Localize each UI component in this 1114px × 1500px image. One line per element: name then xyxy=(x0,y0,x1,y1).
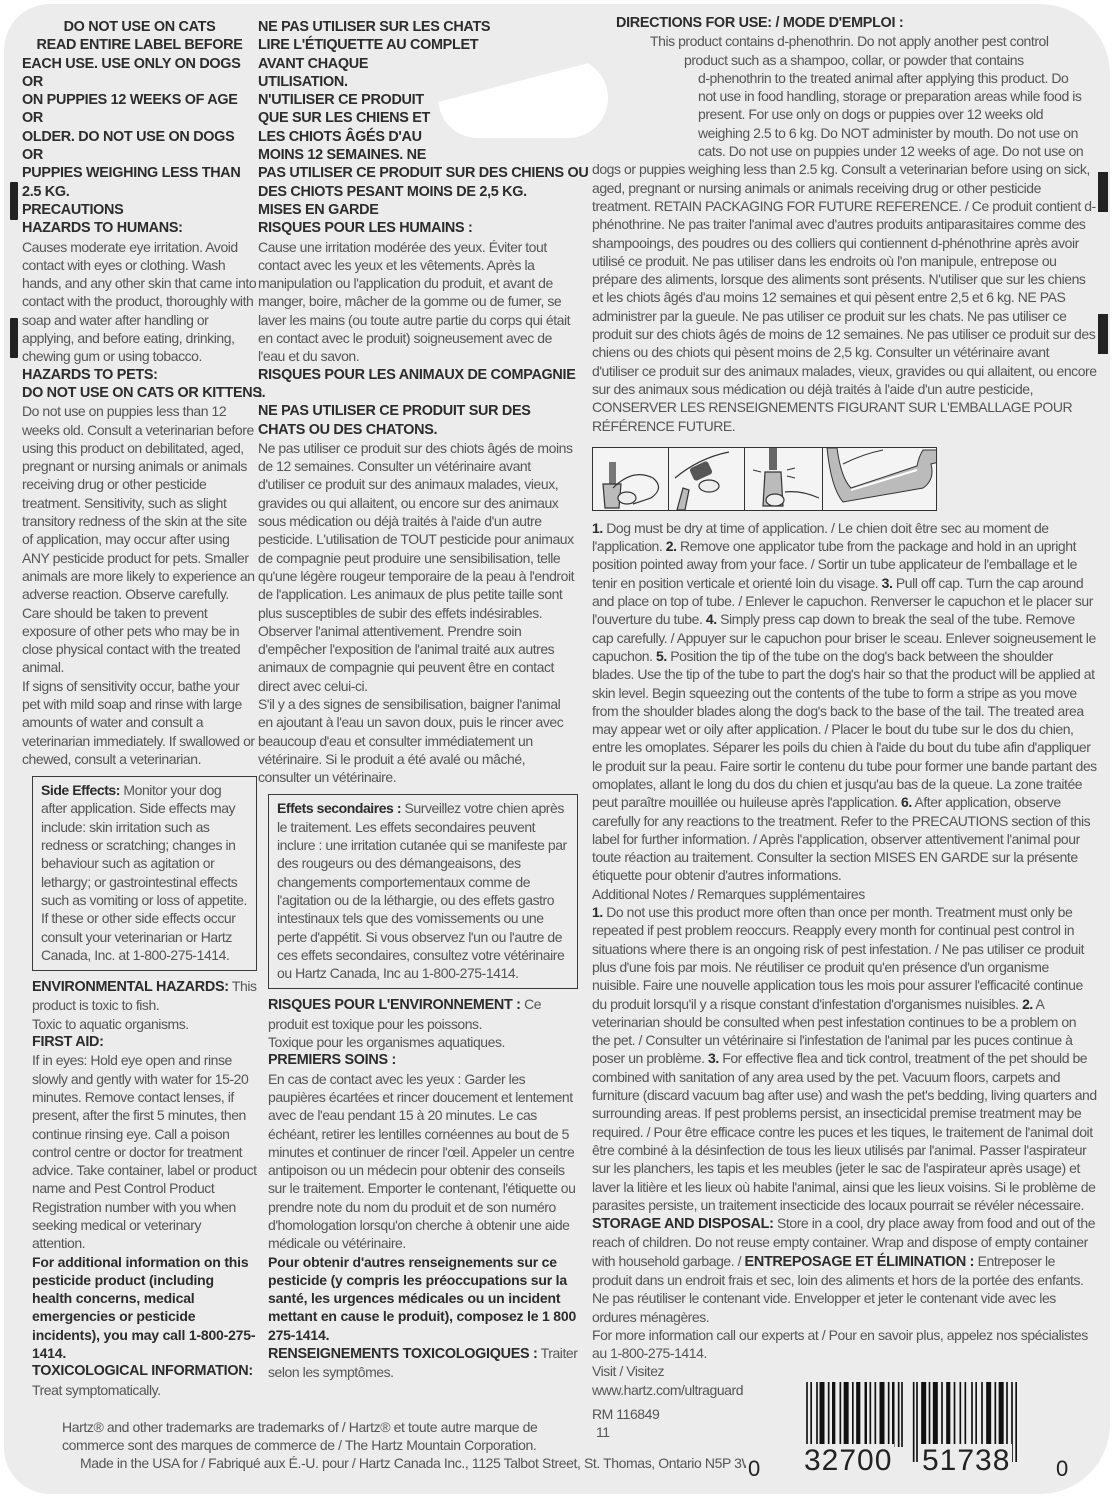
environmental-hazards-heading: ENVIRONMENTAL HAZARDS: xyxy=(32,979,229,995)
header-line: PUPPIES WEIGHING LESS THAN xyxy=(22,164,257,182)
intro-line: cats. Do not use on puppies under 12 wee… xyxy=(592,142,1097,160)
toxicological-heading: TOXICOLOGICAL INFORMATION: xyxy=(32,1362,257,1380)
premiers-soins-text: En cas de contact avec les yeux : Garder… xyxy=(268,1070,578,1253)
note-number: 2. xyxy=(1022,996,1033,1012)
storage-disposal: STORAGE AND DISPOSAL: Store in a cool, d… xyxy=(592,1214,1097,1326)
french-header: NE PAS UTILISER SUR LES CHATS LIRE L'ÉTI… xyxy=(258,18,578,201)
risques-animaux-warning: NE PAS UTILISER CE PRODUIT SUR DES CHATS… xyxy=(258,402,578,439)
effets-secondaires-text: Surveillez votre chien après le traiteme… xyxy=(277,800,567,981)
french-precautions-column: NE PAS UTILISER SUR LES CHATS LIRE L'ÉTI… xyxy=(258,18,578,1382)
header-line: EACH USE. USE ONLY ON DOGS OR xyxy=(22,55,257,92)
header-line: MOINS 12 SEMAINES. NE xyxy=(258,146,578,164)
step-number: 1. xyxy=(592,520,603,536)
risques-animaux-heading: RISQUES POUR LES ANIMAUX DE COMPAGNIE : xyxy=(258,366,578,403)
aquatic-toxicity-text: Toxic to aquatic organisms. xyxy=(32,1015,257,1033)
risques-humains-text: Cause une irritation modérée des yeux. É… xyxy=(258,238,578,366)
additional-info-text: For additional information on this pesti… xyxy=(32,1253,257,1363)
more-info-line: For more information call our experts at… xyxy=(592,1326,1097,1344)
footer: Hartz® and other trademarks are trademar… xyxy=(60,1418,760,1472)
sensitivity-text: If signs of sensitivity occur, bathe you… xyxy=(22,677,257,768)
precautions-heading: PRECAUTIONS xyxy=(22,201,257,219)
storage-heading: STORAGE AND DISPOSAL: xyxy=(592,1216,774,1232)
step-text: Position the tip of the tube on the dog'… xyxy=(592,648,1097,810)
upc-barcode: 0 32700 51738 0 xyxy=(770,1382,1066,1480)
side-effects-box: Side Effects: Monitor your dog after app… xyxy=(32,776,257,971)
trademark-line: Hartz® and other trademarks are trademar… xyxy=(62,1418,760,1436)
side-effects-label: Side Effects: xyxy=(41,782,120,798)
hazards-pets-warning: DO NOT USE ON CATS OR KITTENS. xyxy=(22,384,257,402)
step-number: 2. xyxy=(666,538,677,554)
header-line: LES CHIOTS ÂGÉS D'AU xyxy=(258,128,578,146)
side-effects-text: Monitor your dog after application. Side… xyxy=(41,782,247,963)
header-line: DES CHIOTS PESANT MOINS DE 2,5 KG. xyxy=(258,183,578,201)
header-line: READ ENTIRE LABEL BEFORE xyxy=(22,36,257,54)
additional-notes: 1. Do not use this product more often th… xyxy=(592,903,1097,1214)
barcode-left-digits: 32700 xyxy=(802,1444,894,1478)
english-header: DO NOT USE ON CATS READ ENTIRE LABEL BEF… xyxy=(22,18,257,201)
directions-intro: This product contains d-phenothrin. Do n… xyxy=(592,32,1097,160)
intro-line: This product contains d-phenothrin. Do n… xyxy=(592,32,1097,50)
barcode-right-digits: 51738 xyxy=(920,1444,1012,1478)
print-registration-mark xyxy=(1098,172,1108,212)
hazards-humans-text: Causes moderate eye irritation. Avoid co… xyxy=(22,238,257,366)
toxicologiques-heading: RENSEIGNEMENTS TOXICOLOGIQUES : xyxy=(268,1346,537,1362)
note-text: For effective flea and tick control, tre… xyxy=(592,1050,1097,1212)
hazards-pets-text: Do not use on puppies less than 12 weeks… xyxy=(22,402,257,676)
print-registration-mark xyxy=(10,318,18,358)
directions-heading: DIRECTIONS FOR USE: / MODE D'EMPLOI : xyxy=(616,14,1097,32)
note-text: Do not use this product more often than … xyxy=(592,904,1084,1011)
sensibilisation-text: S'il y a des signes de sensibilisation, … xyxy=(258,695,578,786)
step-number: 5. xyxy=(656,648,667,664)
header-line: LIRE L'ÉTIQUETTE AU COMPLET xyxy=(258,36,578,54)
risques-humains-heading: RISQUES POUR LES HUMAINS : xyxy=(258,219,578,237)
step-number: 3. xyxy=(882,575,893,591)
additional-notes-heading: Additional Notes / Remarques supplémenta… xyxy=(592,885,1097,903)
toxicological-text: Treat symptomatically. xyxy=(32,1381,257,1399)
print-registration-mark xyxy=(1098,314,1108,354)
note-number: 1. xyxy=(592,904,603,920)
intro-line: product such as a shampoo, collar, or po… xyxy=(592,51,1097,69)
risques-animaux-text: Ne pas utiliser ce produit sur des chiot… xyxy=(258,439,578,695)
header-line: AVANT CHAQUE xyxy=(258,55,578,73)
header-line: ON PUPPIES 12 WEEKS OF AGE OR xyxy=(22,91,257,128)
aquatique-text: Toxique pour les organismes aquatiques. xyxy=(268,1033,578,1051)
header-line: DO NOT USE ON CATS xyxy=(22,18,257,36)
intro-line: present. For use only on dogs or puppies… xyxy=(592,105,1097,123)
note-number: 3. xyxy=(708,1050,719,1066)
environnement-heading: RISQUES POUR L'ENVIRONNEMENT : xyxy=(268,997,521,1013)
intro-line: weighing 2.5 to 6 kg. Do NOT administer … xyxy=(592,124,1097,142)
mises-en-garde-heading: MISES EN GARDE xyxy=(258,201,578,219)
directions-column: DIRECTIONS FOR USE: / MODE D'EMPLOI : Th… xyxy=(592,14,1097,1442)
header-line: QUE SUR LES CHIENS ET xyxy=(258,109,578,127)
hazards-humans-heading: HAZARDS TO HUMANS: xyxy=(22,219,257,237)
turn-cap-illustration-icon xyxy=(669,448,745,510)
intro-line: not use in food handling, storage or pre… xyxy=(592,87,1097,105)
application-steps: 1. Dog must be dry at time of applicatio… xyxy=(592,519,1097,885)
header-line: NE PAS UTILISER SUR LES CHATS xyxy=(258,18,578,36)
header-line: PAS UTILISER CE PRODUIT SUR DES CHIENS O… xyxy=(258,164,578,182)
directions-text: dogs or puppies weighing less than 2.5 k… xyxy=(592,160,1097,434)
effets-secondaires-label: Effets secondaires : xyxy=(277,800,401,816)
english-precautions-column: DO NOT USE ON CATS READ ENTIRE LABEL BEF… xyxy=(22,18,257,1399)
apply-to-dog-illustration-icon xyxy=(823,448,936,510)
entreposage-heading: ENTREPOSAGE ET ÉLIMINATION : xyxy=(745,1254,975,1270)
trademark-line: commerce sont des marques de commerce de… xyxy=(62,1436,760,1454)
visit-label: Visit / Visitez xyxy=(592,1362,1097,1380)
header-line: OLDER. DO NOT USE ON DOGS OR xyxy=(22,128,257,165)
premiers-soins-heading: PREMIERS SOINS : xyxy=(268,1051,578,1069)
intro-line: d-phenothrin to the treated animal after… xyxy=(592,69,1097,87)
barcode-trailing-digit: 0 xyxy=(1054,1452,1071,1486)
header-line: N'UTILISER CE PRODUIT xyxy=(258,91,578,109)
first-aid-heading: FIRST AID: xyxy=(32,1033,257,1051)
barcode-leading-digit: 0 xyxy=(746,1452,763,1486)
press-cap-illustration-icon xyxy=(745,448,823,510)
renseignements-text: Pour obtenir d'autres renseignements sur… xyxy=(268,1253,578,1344)
header-line: 2.5 KG. xyxy=(22,183,257,201)
hazards-pets-heading: HAZARDS TO PETS: xyxy=(22,366,257,384)
print-registration-mark xyxy=(10,182,18,220)
phone-line: au 1-800-275-1414. xyxy=(592,1344,1097,1362)
header-line: UTILISATION. xyxy=(258,73,578,91)
effets-secondaires-box: Effets secondaires : Surveillez votre ch… xyxy=(268,794,578,989)
step-number: 4. xyxy=(706,611,717,627)
first-aid-text: If in eyes: Hold eye open and rinse slow… xyxy=(32,1051,257,1252)
made-in-line: Made in the USA for / Fabriqué aux É.-U.… xyxy=(80,1454,760,1472)
application-illustration xyxy=(592,447,937,511)
step-number: 6. xyxy=(901,794,912,810)
hold-tube-illustration-icon xyxy=(593,448,669,510)
